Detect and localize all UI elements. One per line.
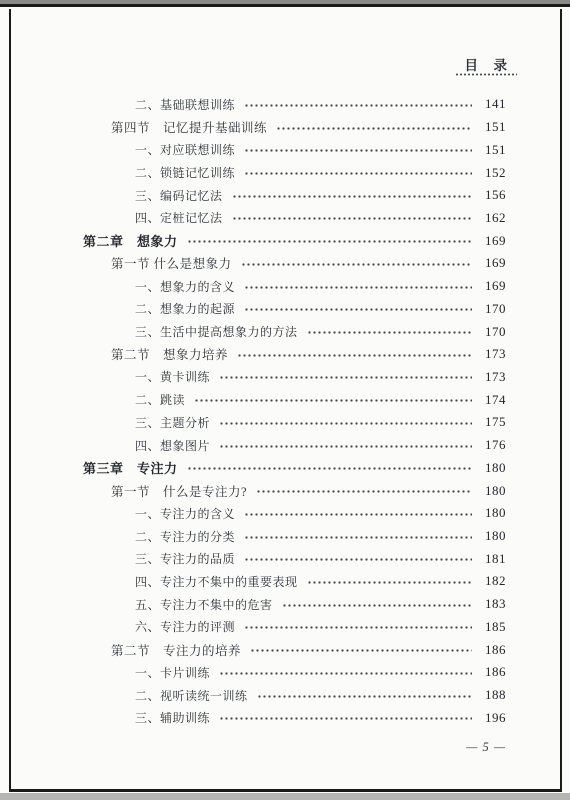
dot-leader — [244, 149, 472, 152]
toc-row: 第二节 专注力的培养186 — [0, 638, 570, 661]
dot-leader — [244, 308, 472, 311]
dot-leader — [244, 172, 472, 175]
dot-leader — [276, 127, 472, 130]
toc-row: 四、想象图片176 — [0, 434, 570, 457]
toc-entry-label: 六、专注力的评测 — [135, 618, 235, 635]
toc-entry-label: 第二节 想象力培养 — [111, 345, 228, 363]
dot-leader — [194, 399, 472, 402]
toc-row: 三、专注力的品质181 — [0, 547, 570, 570]
toc-entry-page: 151 — [478, 142, 506, 158]
toc-list: 二、基础联想训练141第四节 记忆提升基础训练151一、对应联想训练151二、锁… — [0, 93, 570, 729]
toc-entry-label: 第二节 专注力的培养 — [111, 641, 241, 659]
toc-row: 第一节 什么是想象力169 — [0, 252, 570, 275]
toc-row: 三、生活中提高想象力的方法170 — [0, 320, 570, 343]
toc-entry-page: 156 — [478, 187, 506, 203]
toc-entry-page: 186 — [478, 664, 506, 680]
toc-row: 第四节 记忆提升基础训练151 — [0, 116, 570, 139]
toc-entry-label: 二、想象力的起源 — [135, 300, 235, 317]
toc-entry-label: 一、黄卡训练 — [135, 368, 210, 385]
toc-row: 五、专注力不集中的危害183 — [0, 593, 570, 616]
toc-row: 一、想象力的含义169 — [0, 275, 570, 298]
dot-leader — [244, 513, 472, 516]
page-top-edge-line — [0, 4, 570, 7]
toc-row: 二、想象力的起源170 — [0, 297, 570, 320]
toc-entry-label: 三、编码记忆法 — [135, 187, 223, 204]
footer-page-number: — 5 — — [466, 740, 506, 755]
toc-entry-page: 173 — [478, 346, 506, 362]
dot-leader — [219, 672, 472, 675]
toc-entry-page: 176 — [478, 437, 506, 453]
toc-entry-page: 152 — [478, 165, 506, 181]
dot-leader — [307, 331, 472, 334]
toc-entry-page: 180 — [478, 505, 506, 521]
toc-entry-label: 二、专注力的分类 — [135, 528, 235, 545]
toc-entry-page: 185 — [478, 619, 506, 635]
toc-row: 二、跳读174 — [0, 388, 570, 411]
dot-leader — [282, 604, 472, 607]
dot-leader — [244, 626, 472, 629]
toc-entry-label: 三、专注力的品质 — [135, 550, 235, 567]
toc-entry-label: 一、卡片训练 — [135, 664, 210, 681]
dot-leader — [257, 695, 472, 698]
dot-leader — [244, 104, 472, 107]
toc-row: 四、定桩记忆法162 — [0, 207, 570, 230]
page-title: 目 录 — [465, 54, 509, 74]
page-title-dotted-underline — [455, 73, 517, 76]
toc-entry-page: 188 — [478, 687, 506, 703]
toc-entry-label: 二、基础联想训练 — [135, 96, 235, 113]
toc-entry-page: 180 — [478, 460, 506, 476]
toc-entry-page: 186 — [478, 642, 506, 658]
toc-entry-label: 五、专注力不集中的危害 — [135, 596, 273, 613]
toc-entry-page: 169 — [478, 278, 506, 294]
toc-entry-label: 第三章 专注力 — [83, 458, 178, 477]
toc-entry-page: 162 — [478, 210, 506, 226]
toc-entry-page: 173 — [478, 369, 506, 385]
toc-row: 三、编码记忆法156 — [0, 184, 570, 207]
toc-row: 三、主题分析175 — [0, 411, 570, 434]
toc-entry-page: 170 — [478, 301, 506, 317]
toc-entry-page: 196 — [478, 710, 506, 726]
toc-entry-page: 175 — [478, 414, 506, 430]
toc-entry-label: 四、想象图片 — [135, 437, 210, 454]
toc-entry-label: 二、跳读 — [135, 391, 185, 408]
toc-entry-page: 180 — [478, 528, 506, 544]
dot-leader — [256, 490, 472, 493]
page-bottom-outer-strip — [0, 793, 570, 800]
toc-entry-page: 180 — [478, 483, 506, 499]
dot-leader — [241, 263, 472, 266]
toc-entry-label: 第四节 记忆提升基础训练 — [111, 118, 267, 136]
toc-row: 第一节 什么是专注力?180 — [0, 479, 570, 502]
dot-leader — [250, 649, 472, 652]
toc-entry-page: 181 — [478, 551, 506, 567]
toc-entry-label: 三、主题分析 — [135, 414, 210, 431]
toc-entry-label: 三、生活中提高想象力的方法 — [135, 323, 298, 340]
dot-leader — [187, 467, 472, 470]
dot-leader — [244, 536, 472, 539]
toc-entry-label: 三、辅助训练 — [135, 709, 210, 726]
toc-entry-page: 182 — [478, 573, 506, 589]
toc-row: 二、基础联想训练141 — [0, 93, 570, 116]
toc-entry-label: 四、专注力不集中的重要表现 — [135, 573, 298, 590]
dot-leader — [237, 354, 472, 357]
toc-entry-label: 一、对应联想训练 — [135, 141, 235, 158]
dot-leader — [232, 217, 472, 220]
dot-leader — [244, 558, 472, 561]
toc-entry-page: 170 — [478, 324, 506, 340]
toc-row: 三、辅助训练196 — [0, 706, 570, 729]
toc-row: 第二章 想象力169 — [0, 229, 570, 252]
dot-leader — [219, 376, 472, 379]
toc-row: 一、专注力的含义180 — [0, 502, 570, 525]
toc-entry-label: 一、专注力的含义 — [135, 505, 235, 522]
toc-row: 二、锁链记忆训练152 — [0, 161, 570, 184]
toc-row: 二、视听读统一训练188 — [0, 684, 570, 707]
dot-leader — [307, 581, 472, 584]
toc-entry-page: 169 — [478, 255, 506, 271]
toc-entry-page: 174 — [478, 392, 506, 408]
toc-row: 六、专注力的评测185 — [0, 616, 570, 639]
toc-entry-page: 141 — [478, 96, 506, 112]
toc-entry-page: 183 — [478, 596, 506, 612]
dot-leader — [219, 422, 472, 425]
toc-entry-label: 一、想象力的含义 — [135, 278, 235, 295]
toc-entry-label: 二、锁链记忆训练 — [135, 164, 235, 181]
toc-entry-label: 二、视听读统一训练 — [135, 687, 248, 704]
dot-leader — [219, 445, 472, 448]
dot-leader — [187, 240, 472, 243]
toc-entry-page: 169 — [478, 233, 506, 249]
toc-row: 二、专注力的分类180 — [0, 525, 570, 548]
dot-leader — [244, 286, 472, 289]
toc-entry-page: 151 — [478, 119, 506, 135]
toc-entry-label: 第一节 什么是想象力 — [111, 254, 232, 272]
toc-row: 一、黄卡训练173 — [0, 366, 570, 389]
scanned-page: 目 录 二、基础联想训练141第四节 记忆提升基础训练151一、对应联想训练15… — [0, 0, 570, 800]
toc-row: 第二节 想象力培养173 — [0, 343, 570, 366]
toc-entry-label: 四、定桩记忆法 — [135, 209, 223, 226]
dot-leader — [219, 717, 472, 720]
toc-entry-label: 第一节 什么是专注力? — [111, 482, 247, 500]
toc-row: 一、对应联想训练151 — [0, 138, 570, 161]
toc-entry-label: 第二章 想象力 — [83, 231, 178, 250]
toc-row: 第三章 专注力180 — [0, 457, 570, 480]
dot-leader — [232, 195, 472, 198]
toc-row: 一、卡片训练186 — [0, 661, 570, 684]
toc-row: 四、专注力不集中的重要表现182 — [0, 570, 570, 593]
page-bottom-edge-line — [9, 789, 562, 792]
